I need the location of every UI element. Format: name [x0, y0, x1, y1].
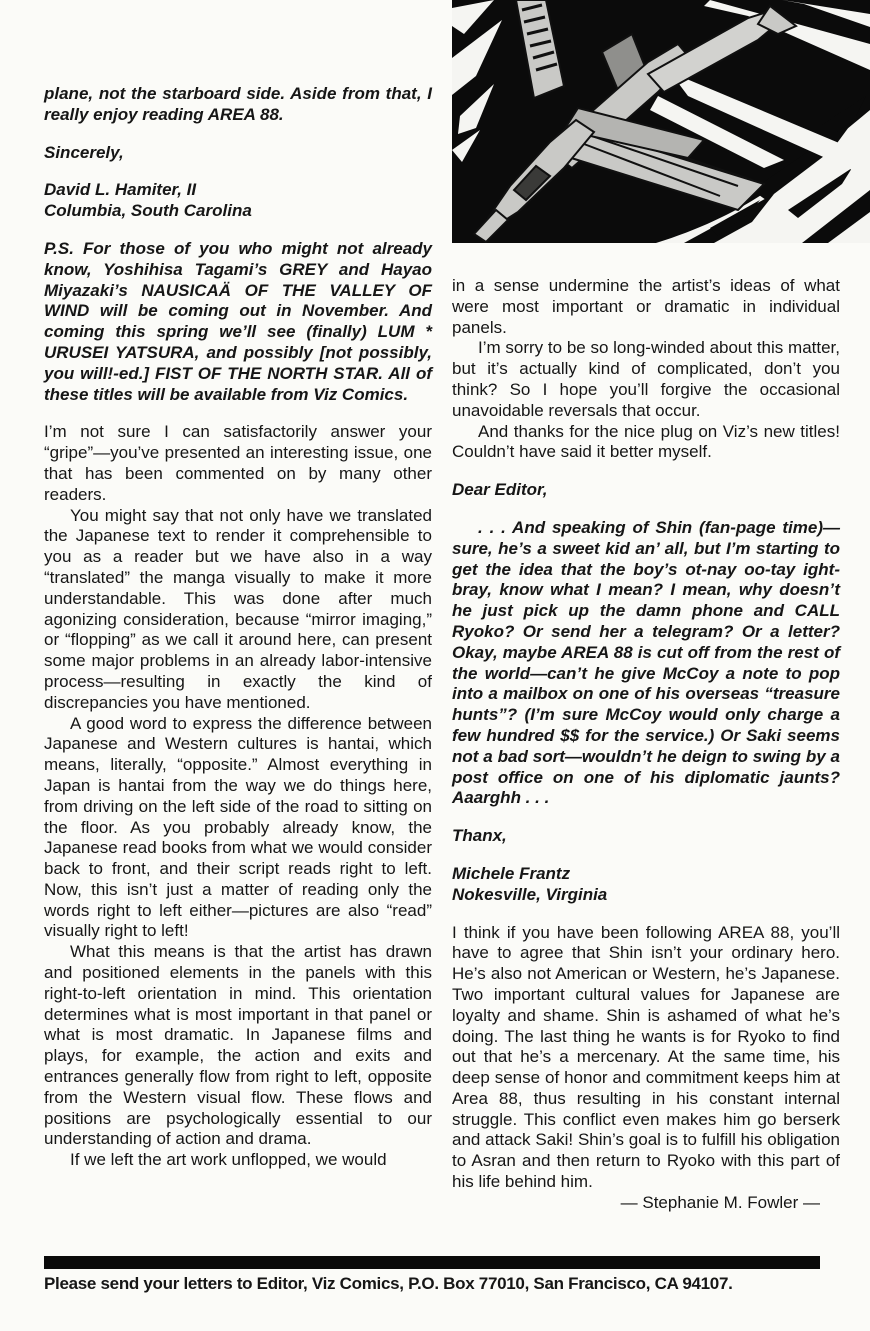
left-column: plane, not the starboard side. Aside fro… [44, 84, 432, 1171]
letter1-closing: Sincerely, [44, 143, 432, 164]
letter2-signature: Michele Frantz Nokesville, Virginia [452, 864, 840, 906]
jet-illustration [452, 0, 870, 243]
letter1-signature-location: Columbia, South Carolina [44, 201, 432, 222]
editor-reply1-paragraph: I’m not sure I can satisfactorily answer… [44, 422, 432, 505]
right-column: in a sense undermine the artist’s ideas … [452, 276, 840, 1214]
letter2-signature-name: Michele Frantz [452, 864, 840, 885]
editor-reply2-body: I think if you have been following AREA … [452, 923, 840, 1193]
letter2-body: . . . And speaking of Shin (fan-page tim… [452, 518, 840, 809]
editor-reply1-paragraph: What this means is that the artist has d… [44, 942, 432, 1150]
letter2-closing: Thanx, [452, 826, 840, 847]
letter1-signature-name: David L. Hamiter, II [44, 180, 432, 201]
editor-reply1-paragraph: A good word to express the difference be… [44, 714, 432, 943]
footer-divider-bar [44, 1256, 820, 1269]
editor-reply1-paragraph: in a sense undermine the artist’s ideas … [452, 276, 840, 338]
editor-reply1-paragraph: You might say that not only have we tran… [44, 506, 432, 714]
letter1-signature: David L. Hamiter, II Columbia, South Car… [44, 180, 432, 222]
editor-reply2-byline: — Stephanie M. Fowler — [452, 1193, 840, 1214]
footer-address-line: Please send your letters to Editor, Viz … [44, 1274, 844, 1294]
editor-reply1-paragraph: I’m sorry to be so long-winded about thi… [452, 338, 840, 421]
letter1-continuation: plane, not the starboard side. Aside fro… [44, 84, 432, 126]
editor-reply1-paragraph: If we left the art work unflopped, we wo… [44, 1150, 432, 1171]
editor-reply1-paragraph: And thanks for the nice plug on Viz’s ne… [452, 422, 840, 464]
letter2-signature-location: Nokesville, Virginia [452, 885, 840, 906]
letter2-salutation: Dear Editor, [452, 480, 840, 501]
letter1-postscript: P.S. For those of you who might not alre… [44, 239, 432, 405]
